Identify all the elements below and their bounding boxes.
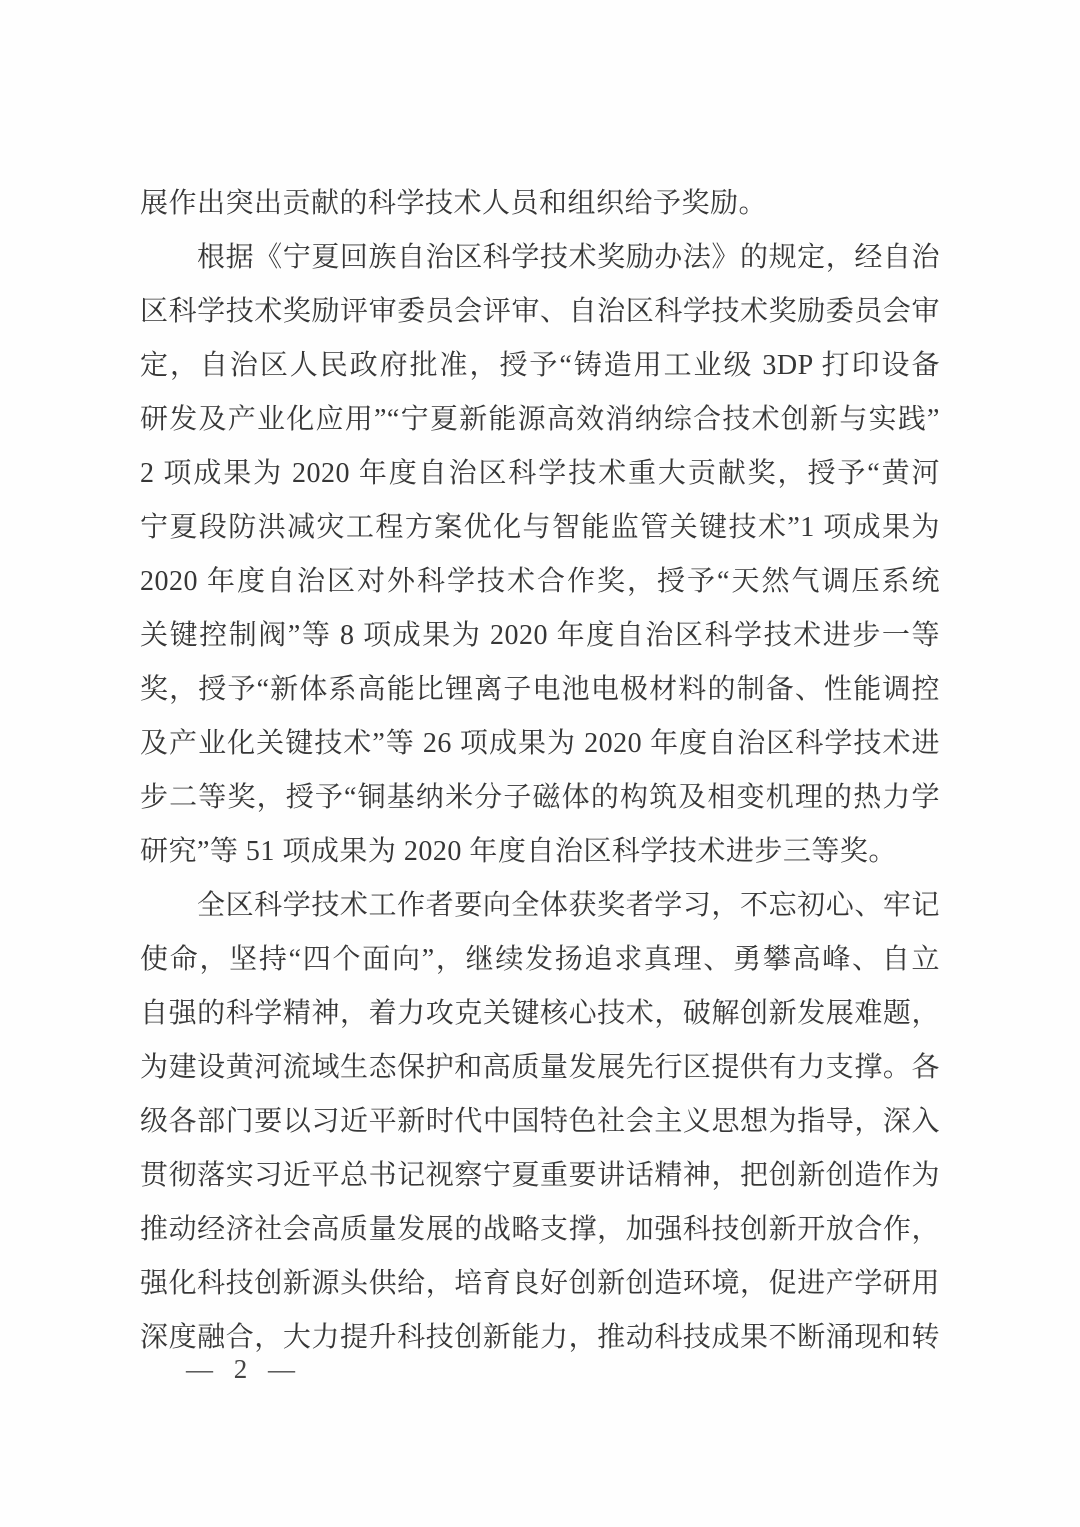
text-block: 展作出突出贡献的科学技术人员和组织给予奖励。根据《宁夏回族自治区科学技术奖励办法…: [140, 177, 940, 1365]
text-line: 贯彻落实习近平总书记视察宁夏重要讲话精神，把创新创造作为: [140, 1149, 940, 1203]
text-line: 为建设黄河流域生态保护和高质量发展先行区提供有力支撑。各: [140, 1041, 940, 1095]
document-page: 展作出突出贡献的科学技术人员和组织给予奖励。根据《宁夏回族自治区科学技术奖励办法…: [0, 0, 1080, 1527]
text-line: 级各部门要以习近平新时代中国特色社会主义思想为指导，深入: [140, 1095, 940, 1149]
text-line: 强化科技创新源头供给，培育良好创新创造环境，促进产学研用: [140, 1257, 940, 1311]
text-line: 研究”等 51 项成果为 2020 年度自治区科学技术进步三等奖。: [140, 825, 940, 879]
text-line: 研发及产业化应用”“宁夏新能源高效消纳综合技术创新与实践”: [140, 393, 940, 447]
text-line: 全区科学技术工作者要向全体获奖者学习，不忘初心、牢记: [140, 879, 940, 933]
text-line: 奖，授予“新体系高能比锂离子电池电极材料的制备、性能调控: [140, 663, 940, 717]
text-line: 自强的科学精神，着力攻克关键核心技术，破解创新发展难题，: [140, 987, 940, 1041]
text-line: 区科学技术奖励评审委员会评审、自治区科学技术奖励委员会审: [140, 285, 940, 339]
text-line: 根据《宁夏回族自治区科学技术奖励办法》的规定，经自治: [140, 231, 940, 285]
text-line: 2020 年度自治区对外科学技术合作奖，授予“天然气调压系统: [140, 555, 940, 609]
text-line: 定，自治区人民政府批准，授予“铸造用工业级 3DP 打印设备: [140, 339, 940, 393]
page-number: — 2 —: [186, 1349, 302, 1389]
text-line: 宁夏段防洪减灾工程方案优化与智能监管关键技术”1 项成果为: [140, 501, 940, 555]
text-line: 2 项成果为 2020 年度自治区科学技术重大贡献奖，授予“黄河: [140, 447, 940, 501]
text-line: 展作出突出贡献的科学技术人员和组织给予奖励。: [140, 177, 940, 231]
text-line: 使命，坚持“四个面向”，继续发扬追求真理、勇攀高峰、自立: [140, 933, 940, 987]
text-line: 及产业化关键技术”等 26 项成果为 2020 年度自治区科学技术进: [140, 717, 940, 771]
text-line: 关键控制阀”等 8 项成果为 2020 年度自治区科学技术进步一等: [140, 609, 940, 663]
text-line: 步二等奖，授予“铜基纳米分子磁体的构筑及相变机理的热力学: [140, 771, 940, 825]
text-line: 推动经济社会高质量发展的战略支撑，加强科技创新开放合作，: [140, 1203, 940, 1257]
